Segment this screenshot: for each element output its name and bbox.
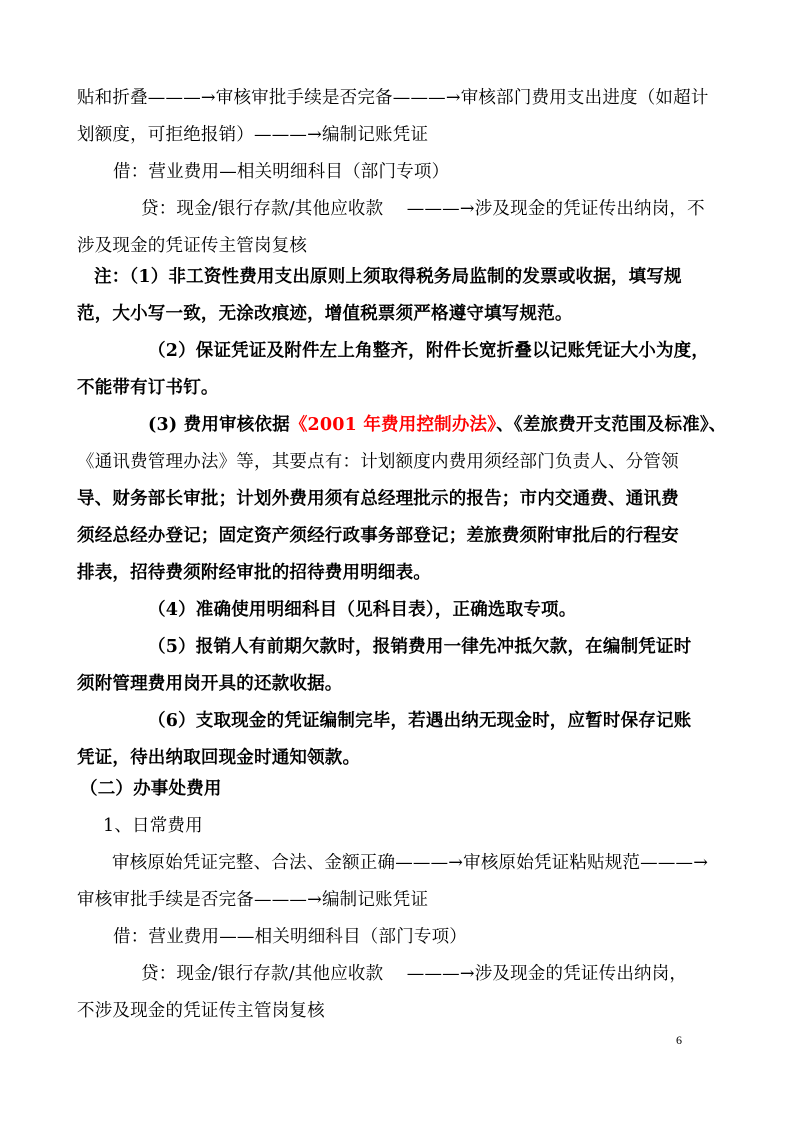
text-line: 贴和折叠———→审核审批手续是否完备———→审核部门费用支出进度（如超计 [77, 87, 709, 109]
text-line: 不涉及现金的凭证传主管岗复核 [77, 1000, 325, 1022]
debit-entry: 借：营业费用——相关明细科目（部门专项） [113, 926, 467, 948]
text-line: 划额度，可拒绝报销）———→编制记账凭证 [77, 124, 428, 146]
text-line: 《通讯费管理办法》等，其要点有：计划额度内费用须经部门负责人、分管领 [77, 451, 679, 473]
note-3: (3) 费用审核依据《2001 年费用控制办法》、《差旅费开支范围及标准》、 [148, 414, 727, 436]
text-line: 凭证，待出纳取回现金时通知领款。 [77, 747, 360, 769]
note-4: （4）准确使用明细科目（见科目表），正确选取专项。 [148, 599, 576, 621]
note-1: 注：（1）非工资性费用支出原则上须取得税务局监制的发票或收据，填写规 [94, 266, 682, 288]
page-number: 6 [676, 1033, 682, 1048]
note-3-suffix: 、《差旅费开支范围及标准》、 [496, 415, 726, 435]
note-5: （5）报销人有前期欠款时，报销费用一律先冲抵欠款，在编制凭证时 [148, 636, 691, 658]
note-2: （2）保证凭证及附件左上角整齐，附件长宽折叠以记账凭证大小为度， [148, 340, 709, 362]
credit-entry: 贷：现金/银行存款/其他应收款 ———→涉及现金的凭证传出纳岗，不 [141, 198, 705, 220]
document-page: 贴和折叠———→审核审批手续是否完备———→审核部门费用支出进度（如超计 划额度… [0, 0, 793, 1122]
text-line: 审核审批手续是否完备———→编制记账凭证 [77, 889, 428, 911]
text-line: 审核原始凭证完整、合法、金额正确———→审核原始凭证粘贴规范———→ [112, 852, 708, 874]
note-6: （6）支取现金的凭证编制完毕，若遇出纳无现金时，应暂时保存记账 [148, 710, 691, 732]
note-3-prefix: (3) 费用审核依据 [148, 415, 290, 435]
subsection-heading: 1、日常费用 [103, 815, 203, 837]
text-line: 涉及现金的凭证传主管岗复核 [77, 235, 307, 257]
debit-entry: 借：营业费用—相关明细科目（部门专项） [113, 161, 449, 183]
highlighted-regulation-title: 《2001 年费用控制办法》 [290, 415, 496, 435]
text-line: 须经总经办登记；固定资产须经行政事务部登记；差旅费须附审批后的行程安 [77, 525, 679, 547]
credit-entry: 贷：现金/银行存款/其他应收款 ———→涉及现金的凭证传出纳岗， [141, 963, 687, 985]
text-line: 导、财务部长审批；计划外费用须有总经理批示的报告；市内交通费、通讯费 [77, 488, 679, 510]
section-heading: （二）办事处费用 [80, 778, 222, 800]
text-line: 不能带有订书钉。 [77, 377, 219, 399]
text-line: 须附管理费用岗开具的还款收据。 [77, 673, 343, 695]
text-line: 范，大小写一致，无涂改痕迹，增值税票须严格遵守填写规范。 [77, 303, 573, 325]
text-line: 排表，招待费须附经审批的招待费用明细表。 [77, 562, 431, 584]
